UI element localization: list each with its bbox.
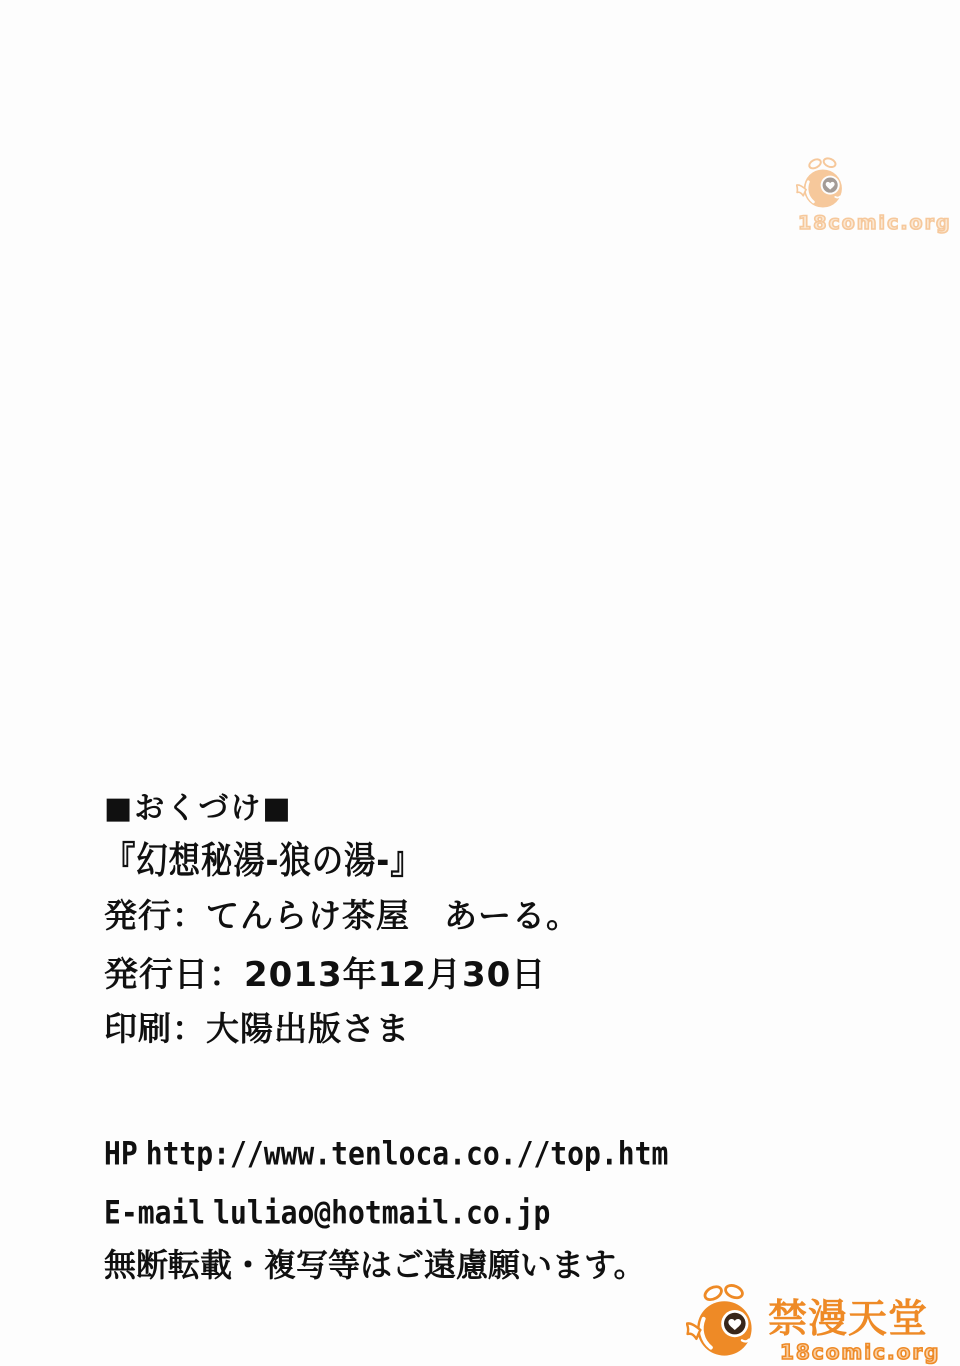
- homepage-url: http://www.tenloca.co.//top.htm: [146, 1135, 669, 1173]
- mascot-icon: [686, 1282, 766, 1362]
- colophon-page: 18comic.org ■おくづけ■ 『幻想秘湯-狼の湯-』 発行：てんらけ茶屋…: [0, 0, 960, 1366]
- homepage-line: HPhttp://www.tenloca.co.//top.htm: [104, 1138, 668, 1170]
- book-title: 『幻想秘湯-狼の湯-』: [104, 842, 423, 879]
- watermark-site-text: 18comic.org: [780, 1342, 941, 1362]
- email-address: luliao@hotmail.co.jp: [213, 1194, 550, 1232]
- publisher-line: 発行：てんらけ茶屋 あーる。: [104, 899, 580, 932]
- watermark-brand-text: 禁漫天堂: [768, 1300, 941, 1339]
- mascot-icon: [796, 156, 852, 212]
- colophon-heading: ■おくづけ■: [104, 794, 293, 824]
- watermark-top: 18comic.org: [796, 156, 946, 233]
- email-label: E-mail: [104, 1194, 205, 1232]
- reprint-notice: 無断転載・複写等はご遠慮願います。: [104, 1249, 645, 1281]
- homepage-label: HP: [104, 1135, 138, 1173]
- printer-line: 印刷：大陽出版さま: [104, 1012, 410, 1045]
- issue-date-line: 発行日：2013年12月30日: [104, 958, 546, 992]
- email-line: E-mailluliao@hotmail.co.jp: [104, 1197, 550, 1229]
- watermark-bottom: 禁漫天堂 18comic.org: [686, 1282, 941, 1362]
- watermark-site-text: 18comic.org: [798, 214, 952, 233]
